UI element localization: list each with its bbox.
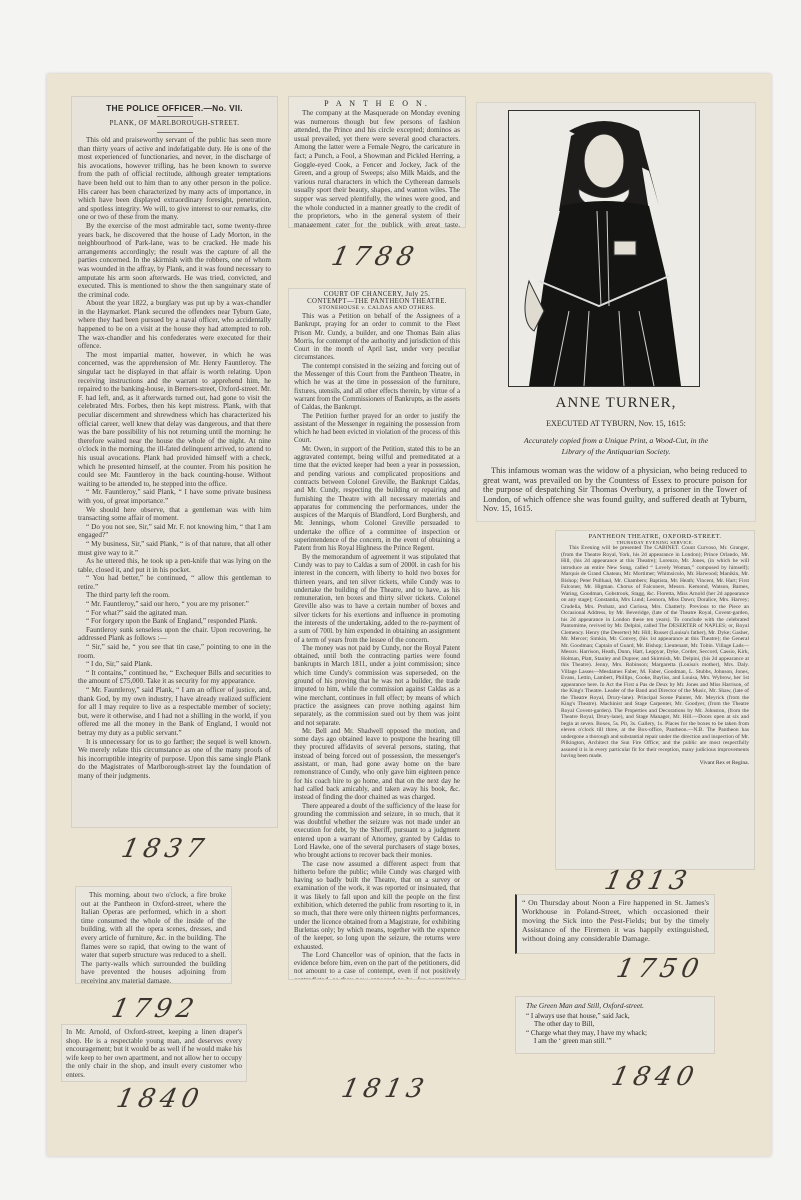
- clipping-green-man: The Green Man and Still, Oxford-street. …: [515, 996, 715, 1054]
- anne-turner-name: ANNE TURNER,: [477, 395, 755, 412]
- handwritten-year: 1813: [602, 866, 695, 896]
- verse-line: “ I always use that house,” said Jack,: [526, 1012, 704, 1020]
- police-officer-title: THE POLICE OFFICER.—No. VII.: [78, 103, 271, 113]
- theatre-closing: Vivant Rex et Regina.: [561, 760, 749, 766]
- police-officer-subtitle: PLANK, OF MARLBOROUGH-STREET.: [78, 120, 271, 127]
- paragraph: By the exercise of the most admirable ta…: [78, 222, 271, 299]
- paragraph: “ You had better,” he continued, “ allow…: [78, 574, 271, 591]
- paragraph: “ For forgery upon the Bank of England,”…: [78, 617, 271, 626]
- paragraph: The Petition further prayed for an order…: [294, 413, 460, 446]
- anne-turner-executed: EXECUTED AT TYBURN, Nov. 15, 1615:: [477, 419, 755, 428]
- paragraph: The Lord Chancellor was of opinion, that…: [294, 952, 460, 980]
- paragraph: It is unnecessary for us to go farther; …: [78, 738, 271, 781]
- chancery-body: This was a Petition on behalf of the Ass…: [294, 313, 460, 980]
- paragraph: “ It contains,” continued he, “ Excheque…: [78, 669, 271, 686]
- paragraph: By the memorandum of agreement it was st…: [294, 554, 460, 645]
- green-man-title: The Green Man and Still, Oxford-street.: [526, 1001, 704, 1010]
- verse-line: “ Charge what they may, I have my whack;: [526, 1029, 704, 1037]
- paragraph: Mr. Bell and Mr. Shadwell opposed the mo…: [294, 728, 460, 803]
- paragraph: Fauntleroy sunk senseless upon the chair…: [78, 626, 271, 643]
- paragraph: This old and praiseworthy servant of the…: [78, 136, 271, 222]
- clipping-pantheon-theatre: PANTHEON THEATRE, OXFORD-STREET. THURSDA…: [555, 530, 755, 870]
- divider: [157, 116, 193, 117]
- paragraph: Mr. Owen, in support of the Petition, st…: [294, 446, 460, 554]
- paragraph: “ Mr. Fauntleroy,” said our hero, “ you …: [78, 600, 271, 609]
- clipping-pantheon-masquerade: P A N T H E O N. The company at the Masq…: [288, 96, 466, 228]
- scrapbook-page: THE POLICE OFFICER.—No. VII. PLANK, OF M…: [47, 74, 771, 1156]
- paragraph: The most impartial matter, however, in w…: [78, 351, 271, 489]
- paragraph: The third party left the room.: [78, 591, 271, 600]
- clipping-workhouse-fire: “ On Thursday about Noon a Fire happened…: [515, 894, 715, 954]
- anne-turner-source-1: Accurately copied from a Unique Print, a…: [477, 436, 755, 445]
- pantheon-title: P A N T H E O N.: [294, 99, 460, 108]
- paragraph: There appeared a doubt of the sufficienc…: [294, 803, 460, 861]
- pantheon-fire-text: This morning, about two o'clock, a fire …: [81, 891, 226, 984]
- handwritten-year: 1792: [109, 994, 202, 1024]
- paragraph: “ Do you not see, Sir,” said Mr. F. not …: [78, 523, 271, 540]
- paragraph: We should here observe, that a gentleman…: [78, 506, 271, 523]
- handwritten-year: 1837: [119, 834, 212, 864]
- paragraph: “ Sir,” said he, “ you see that tin case…: [78, 643, 271, 660]
- handwritten-year: 1813: [339, 1074, 432, 1104]
- woodcut-figure-icon: [509, 111, 699, 386]
- paragraph: The contempt consisted in the seizing an…: [294, 363, 460, 413]
- paragraph: The case now assumed a different aspect …: [294, 861, 460, 952]
- paragraph: This was a Petition on behalf of the Ass…: [294, 313, 460, 363]
- anne-turner-portrait: [508, 110, 700, 387]
- chancery-title: COURT OF CHANCERY, July 25.: [294, 291, 460, 298]
- pantheon-masquerade-text: The company at the Masquerade on Monday …: [294, 109, 460, 228]
- paragraph: “ Mr. Fauntleroy,” said Plank, “ I have …: [78, 488, 271, 505]
- clipping-pantheon-fire: This morning, about two o'clock, a fire …: [75, 886, 232, 984]
- paragraph: “ Mr. Fauntleroy,” said Plank, “ I am an…: [78, 686, 271, 738]
- anne-turner-source-2: Library of the Antiquarian Society.: [477, 447, 755, 456]
- paragraph: About the year 1822, a burglary was put …: [78, 299, 271, 351]
- paragraph: “ For what?” said the agitated man.: [78, 609, 271, 618]
- workhouse-fire-text: “ On Thursday about Noon a Fire happened…: [522, 898, 709, 943]
- police-officer-body: This old and praiseworthy servant of the…: [78, 136, 271, 781]
- theatre-title: PANTHEON THEATRE, OXFORD-STREET.: [561, 533, 749, 540]
- handwritten-year: 1840: [609, 1062, 702, 1092]
- handwritten-year: 1788: [329, 242, 422, 272]
- chancery-subtitle: CONTEMPT—THE PANTHEON THEATRE.: [294, 298, 460, 305]
- paragraph: The money was not paid by Cundy, nor the…: [294, 645, 460, 728]
- paragraph: “ I do, Sir,” said Plank.: [78, 660, 271, 669]
- verse-line: I am the ‘ green man still.’”: [526, 1037, 704, 1045]
- clipping-anne-turner: ANNE TURNER, EXECUTED AT TYBURN, Nov. 15…: [476, 102, 756, 522]
- clipping-police-officer: THE POLICE OFFICER.—No. VII. PLANK, OF M…: [71, 96, 278, 828]
- clipping-court-of-chancery: COURT OF CHANCERY, July 25. CONTEMPT—THE…: [288, 288, 466, 980]
- divider: [157, 132, 193, 133]
- handwritten-year: 1750: [614, 954, 707, 984]
- verse-line: The other day to Bill,: [526, 1020, 704, 1028]
- handwritten-year: 1840: [114, 1084, 207, 1114]
- theatre-text: This Evening will be presented The CABIN…: [561, 545, 749, 760]
- anne-turner-text: This infamous woman was the widow of a p…: [483, 466, 747, 514]
- paragraph: As he uttered this, he took up a pen-kni…: [78, 557, 271, 574]
- paragraph: “ My business, Sir,” said Plank, “ is of…: [78, 540, 271, 557]
- clipping-mr-arnold: In Mr. Arnold, of Oxford-street, keeping…: [61, 1024, 247, 1082]
- mr-arnold-text: In Mr. Arnold, of Oxford-street, keeping…: [66, 1028, 242, 1080]
- chancery-case: STONEHOUSE v. CALDAS AND OTHERS.: [294, 305, 460, 311]
